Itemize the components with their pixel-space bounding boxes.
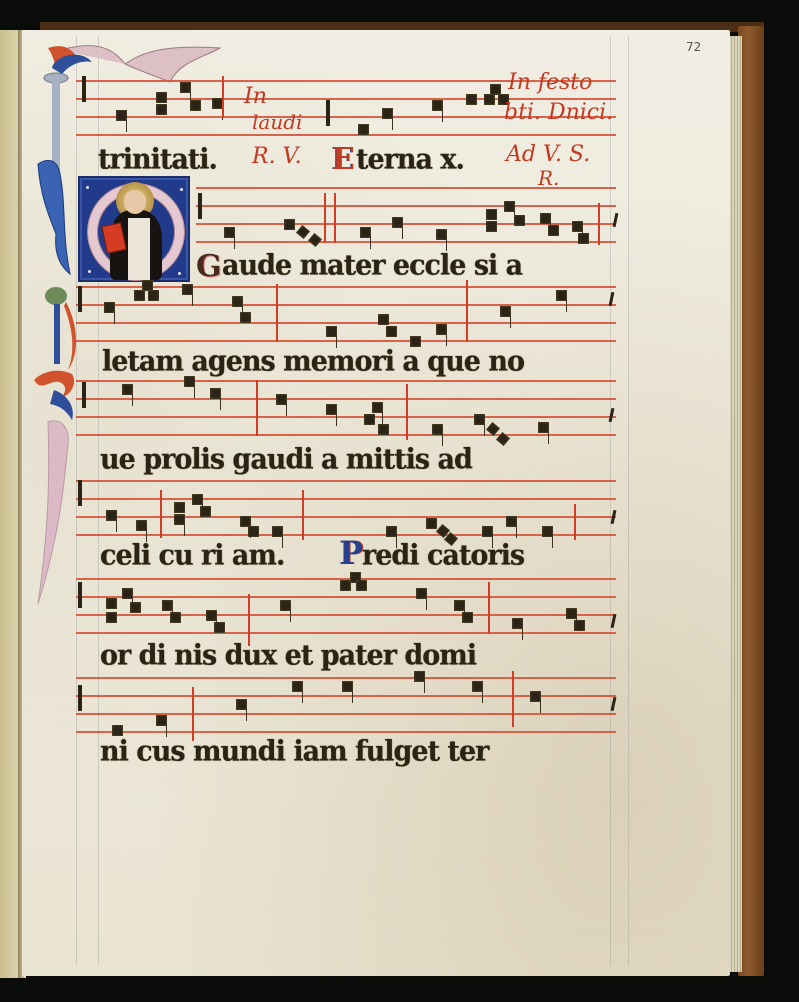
neume — [214, 622, 225, 633]
neume — [206, 610, 217, 621]
barline — [598, 203, 600, 245]
clef-icon — [78, 582, 82, 608]
barline — [466, 280, 468, 342]
clef-icon — [78, 685, 82, 711]
neume — [276, 394, 287, 405]
clef-icon — [198, 193, 202, 219]
neume — [538, 422, 549, 433]
neume — [236, 699, 247, 710]
neume — [358, 124, 369, 135]
historiated-initial-g — [78, 176, 190, 282]
neume — [574, 620, 585, 631]
neume — [248, 526, 259, 537]
clef-icon — [82, 76, 86, 102]
neume — [548, 225, 559, 236]
neume — [134, 290, 145, 301]
neume — [240, 312, 251, 323]
chant-text-predicatoris: redi catoris — [362, 541, 524, 569]
neume — [170, 612, 181, 623]
staff-5 — [76, 480, 616, 538]
neume — [566, 608, 577, 619]
neume — [326, 326, 337, 337]
barline — [324, 193, 326, 243]
neume — [416, 588, 427, 599]
custos-icon — [611, 697, 617, 711]
chant-text-line-4: ue prolis gaudi a mittis ad — [100, 445, 472, 473]
neume — [432, 424, 443, 435]
neume — [392, 217, 403, 228]
folio-number: 72 — [686, 40, 701, 54]
initial-e: E — [332, 145, 355, 175]
neume — [504, 201, 515, 212]
neume — [106, 612, 117, 623]
neume — [192, 494, 203, 505]
neume — [556, 290, 567, 301]
barline — [488, 582, 490, 634]
barline — [302, 490, 304, 540]
neume — [308, 233, 322, 247]
neume — [106, 598, 117, 609]
chant-text-line-5: celi cu ri am. — [100, 541, 284, 569]
clef-icon — [326, 100, 330, 126]
initial-p: P — [339, 537, 363, 569]
barline — [192, 687, 194, 741]
neume — [386, 526, 397, 537]
neume — [378, 424, 389, 435]
neume — [106, 510, 117, 521]
neume — [482, 526, 493, 537]
barline — [248, 594, 250, 646]
neume — [342, 681, 353, 692]
neume — [500, 306, 511, 317]
neume — [486, 221, 497, 232]
neume — [466, 94, 477, 105]
chant-text-line-7: ni cus mundi iam fulget ter — [100, 737, 488, 765]
neume — [156, 104, 167, 115]
rubric-ad-v-s: Ad V. S. — [506, 144, 590, 166]
barline — [256, 380, 258, 436]
friar-scapular — [128, 218, 150, 280]
rubric-in-festo: In festo — [508, 72, 592, 94]
neume — [190, 100, 201, 111]
neume — [184, 376, 195, 387]
neume — [436, 324, 447, 335]
neume — [280, 600, 291, 611]
neume — [162, 600, 173, 611]
neume — [364, 414, 375, 425]
neume — [454, 600, 465, 611]
neume — [426, 518, 437, 529]
barline — [512, 671, 514, 727]
staff-4 — [76, 380, 616, 438]
barline — [222, 76, 224, 118]
neume — [326, 404, 337, 415]
barline — [276, 284, 278, 342]
neume — [272, 526, 283, 537]
neume — [224, 227, 235, 238]
neume — [472, 681, 483, 692]
neume — [462, 612, 473, 623]
neume — [436, 229, 447, 240]
neume — [104, 302, 115, 313]
neume — [200, 506, 211, 517]
rubric-in: In — [244, 86, 267, 108]
chant-text-eterna: terna x. — [356, 145, 464, 173]
neume — [578, 233, 589, 244]
neume — [136, 520, 147, 531]
neume — [474, 414, 485, 425]
neume — [174, 514, 185, 525]
neume — [210, 388, 221, 399]
custos-icon — [609, 408, 615, 422]
neume — [130, 602, 141, 613]
neume — [284, 219, 295, 230]
rubric-bti-dnici: bti. Dnici. — [504, 102, 613, 124]
neume — [414, 671, 425, 682]
neume — [484, 94, 495, 105]
neume — [232, 296, 243, 307]
staff-7 — [76, 677, 616, 735]
neume — [360, 227, 371, 238]
rubric-laudi: laudi — [252, 112, 302, 132]
neume — [122, 384, 133, 395]
neume — [122, 588, 133, 599]
neume — [174, 502, 185, 513]
staff-6 — [76, 578, 616, 636]
custos-icon — [611, 614, 617, 628]
staff-2 — [196, 187, 616, 245]
neume — [182, 284, 193, 295]
neume — [156, 92, 167, 103]
neume — [372, 402, 383, 413]
neume — [432, 100, 443, 111]
neume — [292, 681, 303, 692]
initial-g-flourish: G — [196, 252, 222, 282]
rubric-r-v: R. V. — [252, 146, 302, 168]
neume — [506, 516, 517, 527]
barline — [334, 193, 336, 243]
neume — [530, 691, 541, 702]
book-photograph: 72 In laudi I — [0, 0, 799, 1002]
neume — [540, 213, 551, 224]
clef-icon — [78, 286, 82, 312]
neume — [542, 526, 553, 537]
neume — [156, 715, 167, 726]
ruling-line — [628, 36, 629, 966]
neume — [572, 221, 583, 232]
neume — [514, 215, 525, 226]
neume — [148, 290, 159, 301]
neume — [382, 108, 393, 119]
barline — [406, 384, 408, 440]
clef-icon — [82, 382, 86, 408]
barline — [574, 504, 576, 540]
rubric-r: R. — [538, 168, 559, 188]
neume — [512, 618, 523, 629]
chant-text-line-6: or di nis dux et pater domi — [100, 641, 476, 669]
clef-icon — [78, 480, 82, 506]
neume — [486, 209, 497, 220]
chant-text-line-2: aude mater eccle si a — [222, 251, 522, 279]
chant-text-line-3: letam agens memori a que no — [102, 347, 524, 375]
neume — [386, 326, 397, 337]
neume — [378, 314, 389, 325]
friar-face — [124, 190, 146, 214]
neume — [180, 82, 191, 93]
neume — [356, 580, 367, 591]
neume — [296, 225, 310, 239]
barline — [160, 490, 162, 538]
chant-text-line-1: trinitati. — [98, 145, 217, 173]
neume — [116, 110, 127, 121]
staff-3 — [76, 286, 616, 344]
